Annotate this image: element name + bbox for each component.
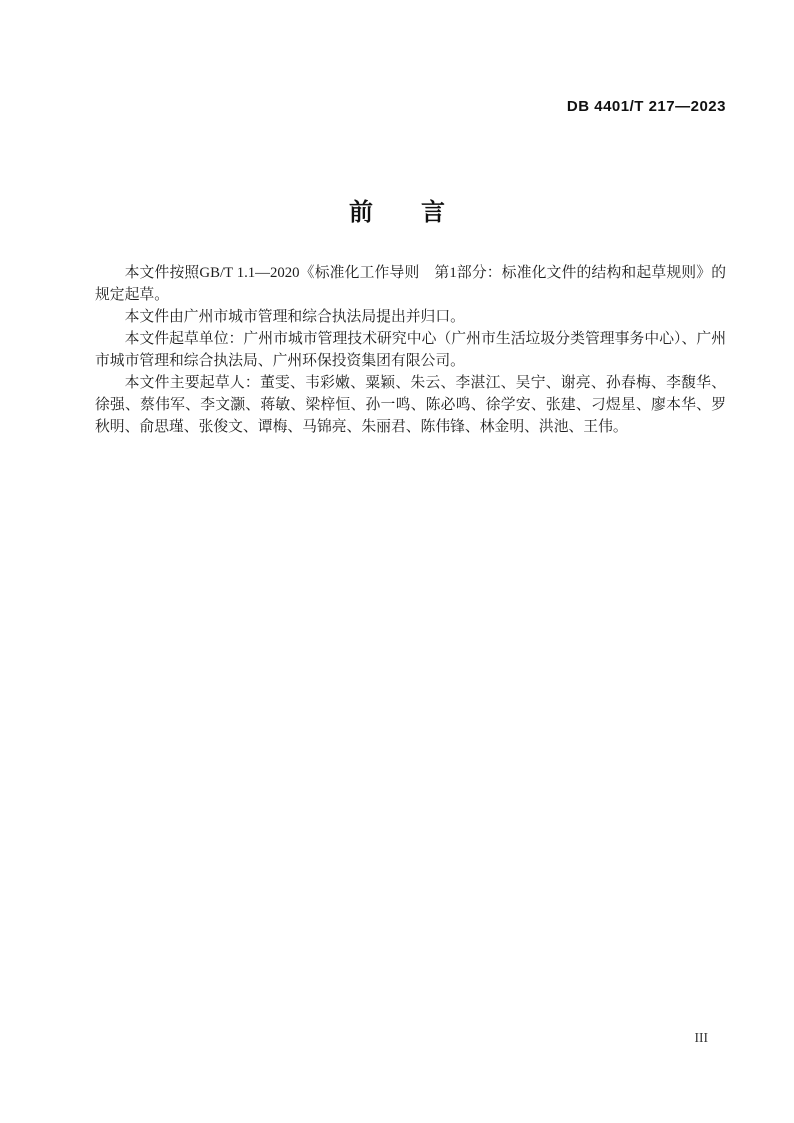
document-number: DB 4401/T 217—2023 xyxy=(567,98,726,115)
paragraph-main-drafters: 本文件主要起草人：董雯、韦彩嫩、粟颖、朱云、李湛江、吴宁、谢亮、孙春梅、李馥华、… xyxy=(95,372,726,438)
foreword-body: 本文件按照GB/T 1.1—2020《标准化工作导则 第1部分：标准化文件的结构… xyxy=(95,262,726,438)
paragraph-drafting-organizations: 本文件起草单位：广州市城市管理技术研究中心（广州市生活垃圾分类管理事务中心）、广… xyxy=(95,328,726,372)
paragraph-drafting-rules: 本文件按照GB/T 1.1—2020《标准化工作导则 第1部分：标准化文件的结构… xyxy=(95,262,726,306)
page-number: III xyxy=(695,1030,709,1046)
paragraph-proposing-authority: 本文件由广州市城市管理和综合执法局提出并归口。 xyxy=(95,306,726,328)
document-page: DB 4401/T 217—2023 前 言 本文件按照GB/T 1.1—202… xyxy=(0,0,794,1123)
page-title: 前 言 xyxy=(0,192,794,227)
